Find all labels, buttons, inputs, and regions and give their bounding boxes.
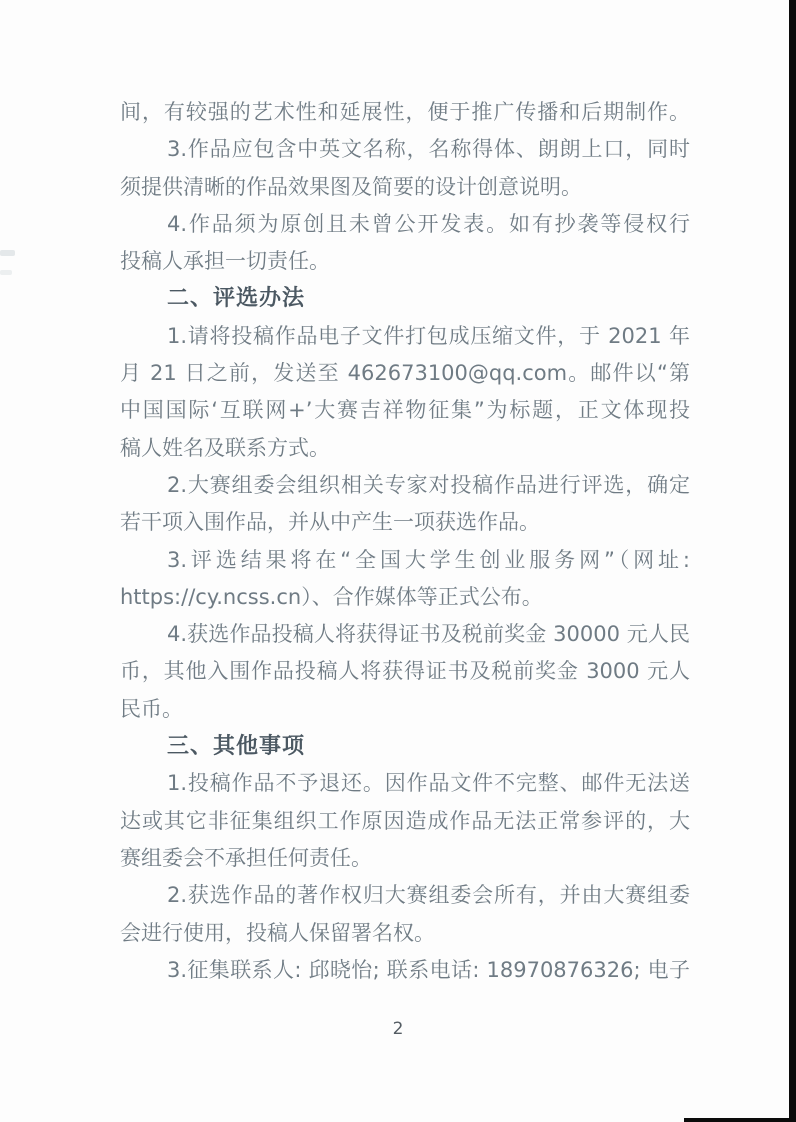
text-line: 稿人姓名及联系方式。	[120, 430, 690, 467]
text-line: 月 21 日之前，发送至 462673100@qq.com。邮件以“第七届	[120, 355, 690, 392]
text-line: 会进行使用，投稿人保留署名权。	[120, 915, 690, 952]
text-line: https://cy.ncss.cn）、合作媒体等正式公布。	[120, 579, 690, 616]
text-line: 币，其他入围作品投稿人将获得证书及税前奖金 3000 元人	[120, 653, 690, 690]
text-line: 2.获选作品的著作权归大赛组委会所有，并由大赛组委	[120, 877, 690, 914]
scan-edge-strip	[684, 1118, 796, 1122]
text-line: 3.作品应包含中英文名称，名称得体、朗朗上口，同时	[120, 131, 690, 168]
text-line: 4.作品须为原创且未曾公开发表。如有抄袭等侵权行为，	[120, 206, 690, 243]
text-line: 3.评选结果将在“全国大学生创业服务网”（网址:	[120, 542, 690, 579]
text-line: 若干项入围作品，并从中产生一项获选作品。	[120, 504, 690, 541]
text-line: 间，有较强的艺术性和延展性，便于推广传播和后期制作。	[120, 94, 690, 131]
scan-smudge	[0, 270, 12, 275]
text-line: 3.征集联系人: 邱晓怡; 联系电话: 18970876326; 电子	[120, 952, 690, 989]
text-line: 中国国际‘互联网+’大赛吉祥物征集”为标题，正文体现投	[120, 392, 690, 429]
text-line: 1.投稿作品不予退还。因作品文件不完整、邮件无法送	[120, 765, 690, 802]
section-heading: 二、评选办法	[120, 280, 690, 317]
text-line: 2.大赛组委会组织相关专家对投稿作品进行评选，确定	[120, 467, 690, 504]
scanned-document-page: 间，有较强的艺术性和延展性，便于推广传播和后期制作。3.作品应包含中英文名称，名…	[0, 0, 796, 1122]
text-line: 投稿人承担一切责任。	[120, 243, 690, 280]
document-lines: 间，有较强的艺术性和延展性，便于推广传播和后期制作。3.作品应包含中英文名称，名…	[120, 94, 690, 989]
page-number: 2	[368, 1019, 428, 1039]
text-line: 达或其它非征集组织工作原因造成作品无法正常参评的，大	[120, 803, 690, 840]
scan-smudge	[0, 250, 15, 256]
section-heading: 三、其他事项	[120, 728, 690, 765]
scan-edge-strip	[789, 0, 796, 1122]
text-line: 赛组委会不承担任何责任。	[120, 840, 690, 877]
text-line: 须提供清晰的作品效果图及简要的设计创意说明。	[120, 169, 690, 206]
text-line: 民币。	[120, 691, 690, 728]
text-line: 4.获选作品投稿人将获得证书及税前奖金 30000 元人民	[120, 616, 690, 653]
text-line: 1.请将投稿作品电子文件打包成压缩文件，于 2021 年 5	[120, 318, 690, 355]
